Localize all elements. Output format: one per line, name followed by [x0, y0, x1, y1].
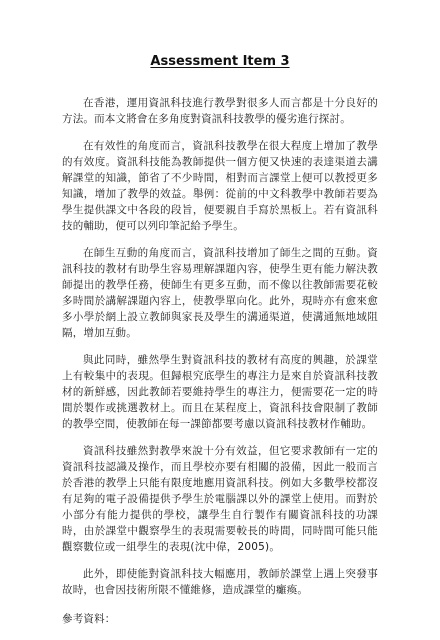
- document-page: Assessment Item 3 在香港，運用資訊科技進行教學對很多人而言都是…: [0, 0, 440, 640]
- paragraph-attention: 與此同時，雖然學生對資訊科技的教材有高度的興趣，於課堂上有較集中的表現。但歸根究…: [62, 352, 378, 432]
- references-label: 參考資料：: [62, 611, 378, 627]
- paragraph-effectiveness: 在有效性的角度而言，資訊科技教學在很大程度上增加了教學的有效度。資訊科技能為教師…: [62, 138, 378, 234]
- paragraph-intro: 在香港，運用資訊科技進行教學對很多人而言都是十分良好的方法。而本文將會在多角度對…: [62, 95, 378, 127]
- paragraph-limitations: 資訊科技雖然對教學來說十分有效益，但它要求教師有一定的資訊科技認識及操作，而且學…: [62, 443, 378, 555]
- paragraph-technical-issues: 此外，即使能對資訊科技大幅應用，教師於課堂上遇上突發事故時，也會因技術所限不懂維…: [62, 566, 378, 598]
- document-title: Assessment Item 3: [62, 54, 378, 69]
- document-body: 在香港，運用資訊科技進行教學對很多人而言都是十分良好的方法。而本文將會在多角度對…: [62, 95, 378, 627]
- paragraph-interaction: 在師生互動的角度而言，資訊科技增加了師生之間的互動。資訊科技的教材有助學生容易理…: [62, 245, 378, 341]
